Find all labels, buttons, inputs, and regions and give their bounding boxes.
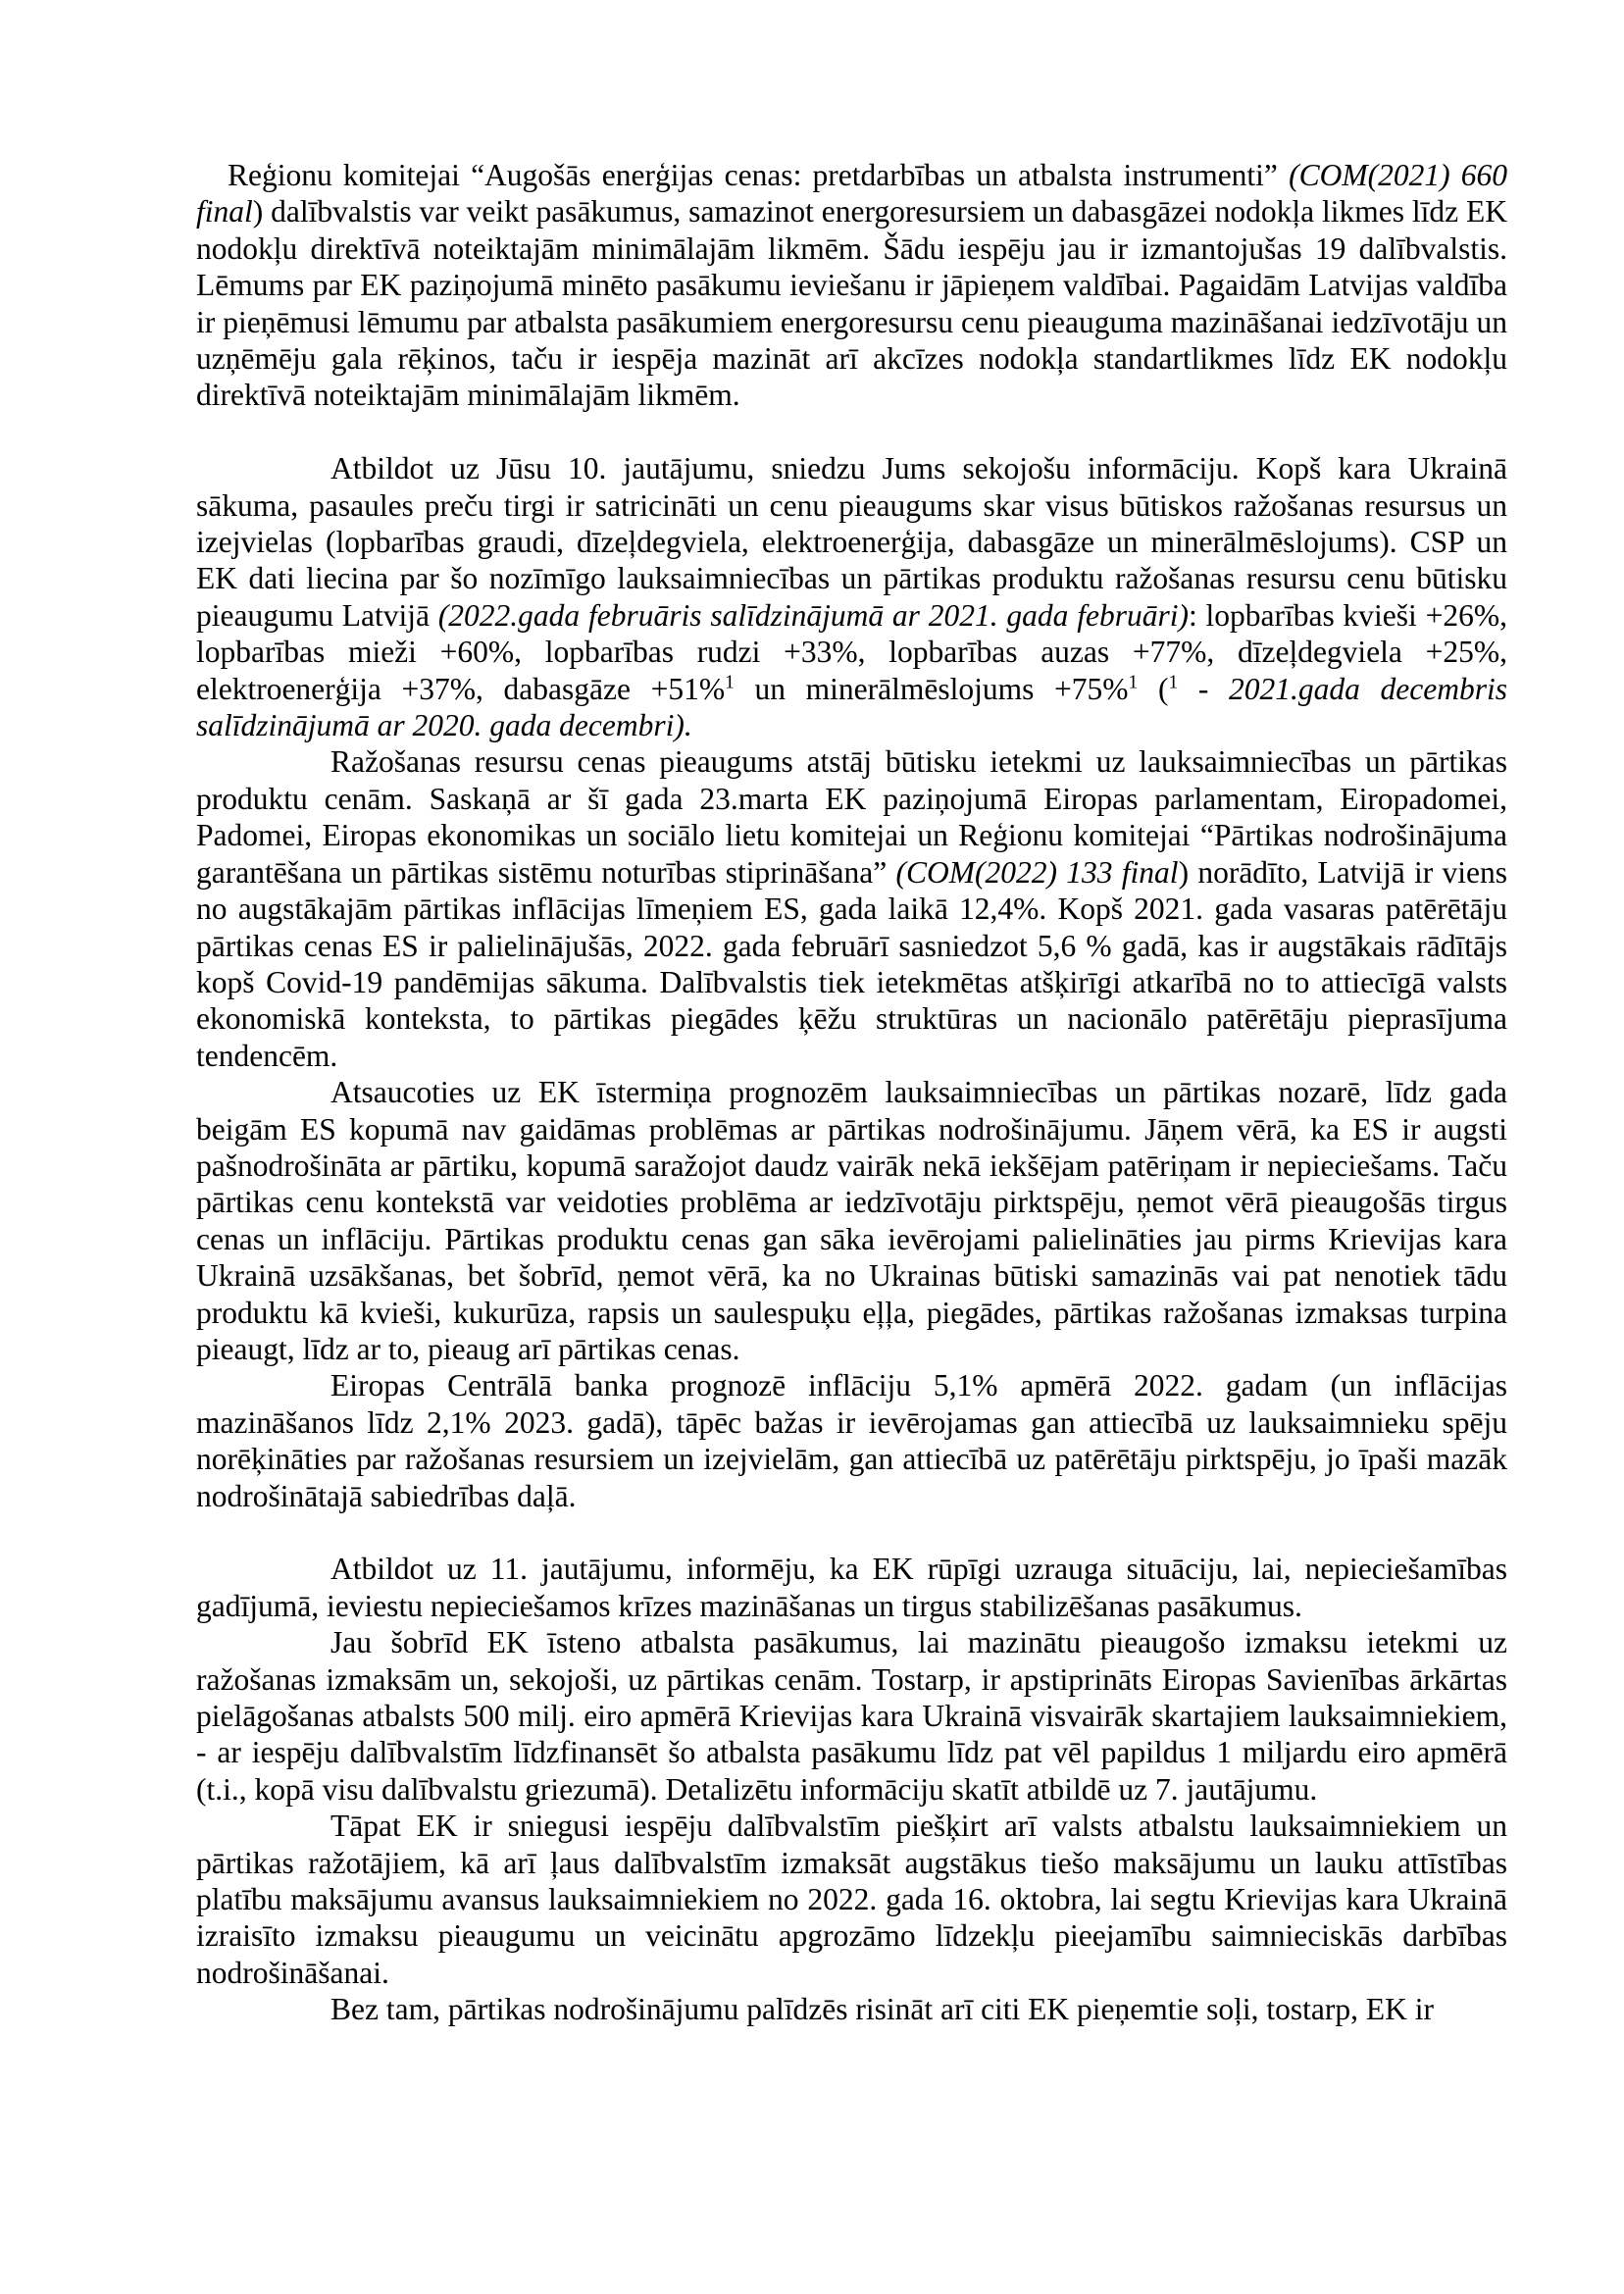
- paragraph: Atbildot uz 11. jautājumu, informēju, ka…: [196, 1551, 1507, 1624]
- footnote-marker: 1: [725, 672, 735, 692]
- paragraph: Atsaucoties uz EK īstermiņa prognozēm la…: [196, 1074, 1507, 1367]
- paragraph: Reģionu komitejai “Augošās enerģijas cen…: [196, 157, 1507, 414]
- paragraph: Tāpat EK ir sniegusi iespēju dalībvalstī…: [196, 1808, 1507, 1991]
- text-run: un minerālmēslojums +75%: [735, 672, 1129, 706]
- text-run: Eiropas Centrālā banka prognozē inflācij…: [196, 1368, 1507, 1512]
- paragraph: Eiropas Centrālā banka prognozē inflācij…: [196, 1367, 1507, 1514]
- paragraph: Bez tam, pārtikas nodrošinājumu palīdzēs…: [196, 1991, 1507, 2027]
- text-run: (: [1138, 672, 1168, 706]
- text-run: -: [1178, 672, 1229, 706]
- text-run: Atsaucoties uz EK īstermiņa prognozēm la…: [196, 1075, 1507, 1366]
- text-run: Tāpat EK ir sniegusi iespēju dalībvalstī…: [196, 1809, 1507, 1990]
- footnote-marker: 1: [1129, 672, 1139, 692]
- text-run: Bez tam, pārtikas nodrošinājumu palīdzēs…: [330, 1992, 1434, 2026]
- paragraph: Atbildot uz Jūsu 10. jautājumu, sniedzu …: [196, 450, 1507, 743]
- paragraph: Ražošanas resursu cenas pieaugums atstāj…: [196, 743, 1507, 1074]
- text-run: Jau šobrīd EK īsteno atbalsta pasākumus,…: [196, 1625, 1507, 1807]
- text-run: Atbildot uz 11. jautājumu, informēju, ka…: [196, 1552, 1507, 1622]
- document-body: Reģionu komitejai “Augošās enerģijas cen…: [196, 157, 1507, 2028]
- document-page: Reģionu komitejai “Augošās enerģijas cen…: [0, 0, 1624, 2294]
- paragraph: Jau šobrīd EK īsteno atbalsta pasākumus,…: [196, 1624, 1507, 1808]
- text-run: (2022.gada februāris salīdzinājumā ar 20…: [438, 598, 1189, 633]
- text-run: ) dalībvalstis var veikt pasākumus, sama…: [196, 194, 1507, 412]
- footnote-marker: 1: [1168, 672, 1178, 692]
- text-run: (COM(2022) 133 final: [896, 855, 1179, 890]
- text-run: Reģionu komitejai “Augošās enerģijas cen…: [228, 158, 1289, 192]
